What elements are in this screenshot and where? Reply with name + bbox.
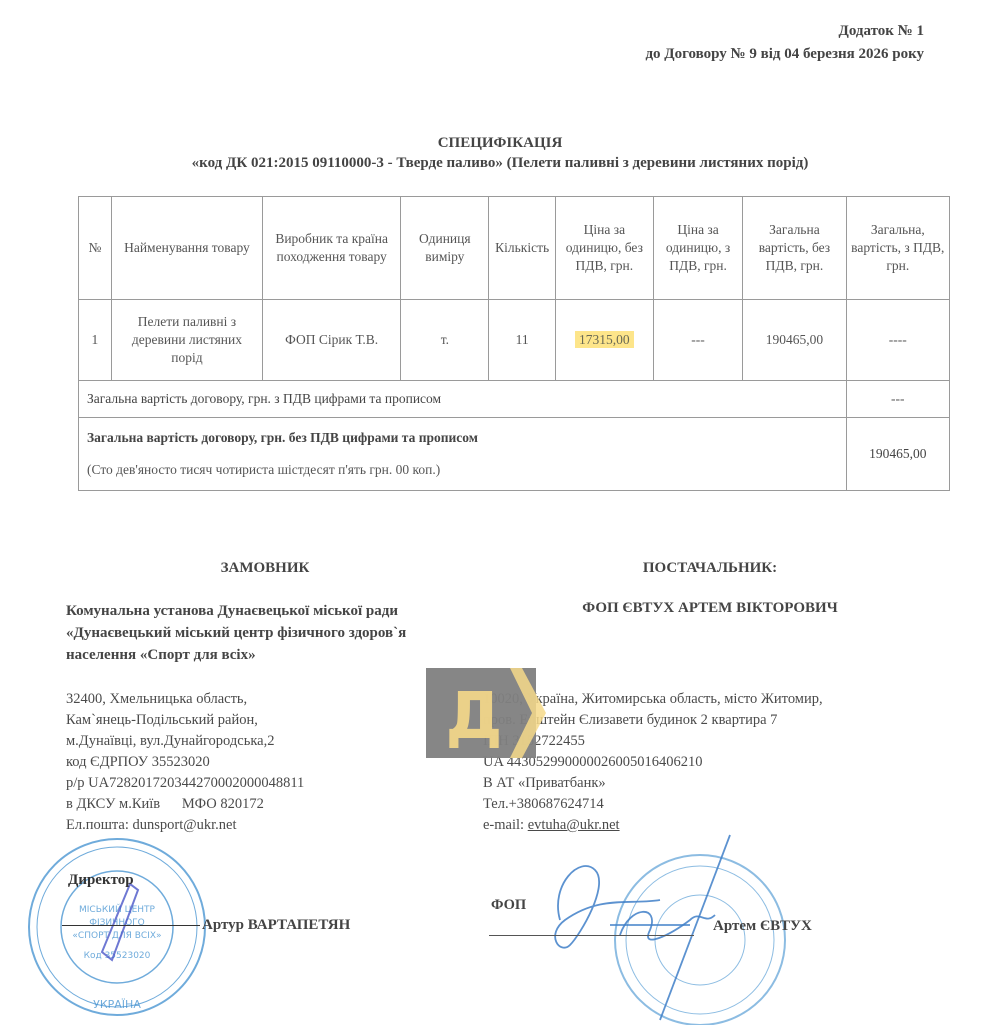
supplier-organization: ФОП ЄВТУХ АРТЕМ ВІКТОРОВИЧ [480, 600, 940, 617]
sum-with-vat-value: --- [846, 381, 949, 418]
table-header-row: № Найменування товару Виробник та країна… [79, 197, 950, 300]
spec-table: № Найменування товару Виробник та країна… [78, 196, 950, 491]
table-row: 1 Пелети паливні з деревини листяних пор… [79, 300, 950, 381]
cell-qty: 11 [489, 300, 555, 381]
customer-address-1: 32400, Хмельницька область, [66, 689, 304, 710]
col-header-num: № [79, 197, 112, 300]
customer-signature-line [62, 925, 200, 926]
supplier-heading: ПОСТАЧАЛЬНИК: [480, 560, 940, 577]
sum-no-vat-cell: Загальна вартість договору, грн. без ПДВ… [79, 418, 847, 491]
supplier-email-link[interactable]: evtuha@ukr.net [528, 817, 620, 833]
customer-heading: ЗАМОВНИК [60, 560, 470, 577]
svg-text:ФІЗИЧНОГО: ФІЗИЧНОГО [89, 918, 145, 928]
spec-subtitle: «код ДК 021:2015 09110000-3 - Тверде пал… [0, 153, 1000, 173]
customer-stamp-icon: МІСЬКИЙ ЦЕНТР ФІЗИЧНОГО «СПОРТ ДЛЯ ВСІХ»… [22, 832, 212, 1022]
sum-no-vat-value: 190465,00 [846, 418, 949, 491]
customer-signer-name: Артур ВАРТАПЕТЯН [202, 917, 350, 934]
customer-account: р/р UA728201720344270002000048811 [66, 773, 304, 794]
customer-address-3: м.Дунаївці, вул.Дунайгородська,2 [66, 731, 304, 752]
spec-title: СПЕЦИФІКАЦІЯ [0, 133, 1000, 153]
col-header-total-vat: Загальна, вартість, з ПДВ, грн. [846, 197, 949, 300]
col-header-qty: Кількість [489, 197, 555, 300]
annex-number: Додаток № 1 [645, 20, 924, 43]
svg-text:Д: Д [446, 680, 503, 754]
sum-no-vat-row: Загальна вартість договору, грн. без ПДВ… [79, 418, 950, 491]
supplier-signer-title: ФОП [491, 897, 526, 914]
cell-total-vat: ---- [846, 300, 949, 381]
watermark-logo-icon: Д [426, 668, 546, 758]
col-header-total-no-vat: Загальна вартість, без ПДВ, грн. [743, 197, 846, 300]
cell-price-no-vat: 17315,00 [555, 300, 653, 381]
customer-details: 32400, Хмельницька область, Кам`янець-По… [66, 689, 304, 836]
customer-edrpou: код ЄДРПОУ 35523020 [66, 752, 304, 773]
col-header-maker: Виробник та країна походження товару [263, 197, 401, 300]
supplier-bank: В АТ «Приватбанк» [483, 773, 823, 794]
supplier-phone: Тел.+380687624714 [483, 794, 823, 815]
col-header-price-no-vat: Ціна за одиницю, без ПДВ, грн. [555, 197, 653, 300]
customer-bank: в ДКСУ м.Київ МФО 820172 [66, 794, 304, 815]
col-header-price-vat: Ціна за одиницю, з ПДВ, грн. [653, 197, 742, 300]
cell-num: 1 [79, 300, 112, 381]
sum-with-vat-row: Загальна вартість договору, грн. з ПДВ ц… [79, 381, 950, 418]
annex-header: Додаток № 1 до Договору № 9 від 04 берез… [645, 20, 924, 66]
svg-text:УКРАЇНА: УКРАЇНА [93, 998, 141, 1011]
svg-text:«СПОРТ ДЛЯ ВСІХ»: «СПОРТ ДЛЯ ВСІХ» [72, 931, 161, 941]
cell-name: Пелети паливні з деревини листяних порід [111, 300, 262, 381]
highlighted-price: 17315,00 [575, 331, 634, 348]
cell-maker: ФОП Сірик Т.В. [263, 300, 401, 381]
customer-organization: Комунальна установа Дунаєвецької міської… [66, 600, 466, 666]
supplier-email-row: e-mail: evtuha@ukr.net [483, 815, 823, 836]
supplier-signer-name: Артем ЄВТУХ [713, 918, 812, 935]
cell-total-no-vat: 190465,00 [743, 300, 846, 381]
supplier-signature-line [489, 935, 694, 936]
svg-text:Код 35523020: Код 35523020 [84, 951, 151, 961]
customer-signer-title: Директор [68, 872, 134, 889]
cell-price-vat: --- [653, 300, 742, 381]
cell-unit: т. [401, 300, 489, 381]
customer-address-2: Кам`янець-Подільський район, [66, 710, 304, 731]
svg-text:МІСЬКИЙ ЦЕНТР: МІСЬКИЙ ЦЕНТР [79, 903, 156, 915]
sum-with-vat-label: Загальна вартість договору, грн. з ПДВ ц… [79, 381, 847, 418]
annex-contract-ref: до Договору № 9 від 04 березня 2026 року [645, 43, 924, 66]
sum-no-vat-words: (Сто дев'яносто тисяч чотириста шістдеся… [87, 461, 843, 479]
supplier-email-label: e-mail: [483, 817, 528, 833]
customer-email: Ел.пошта: dunsport@ukr.net [66, 815, 304, 836]
col-header-name: Найменування товару [111, 197, 262, 300]
col-header-unit: Одиниця виміру [401, 197, 489, 300]
sum-no-vat-label: Загальна вартість договору, грн. без ПДВ… [87, 429, 843, 447]
